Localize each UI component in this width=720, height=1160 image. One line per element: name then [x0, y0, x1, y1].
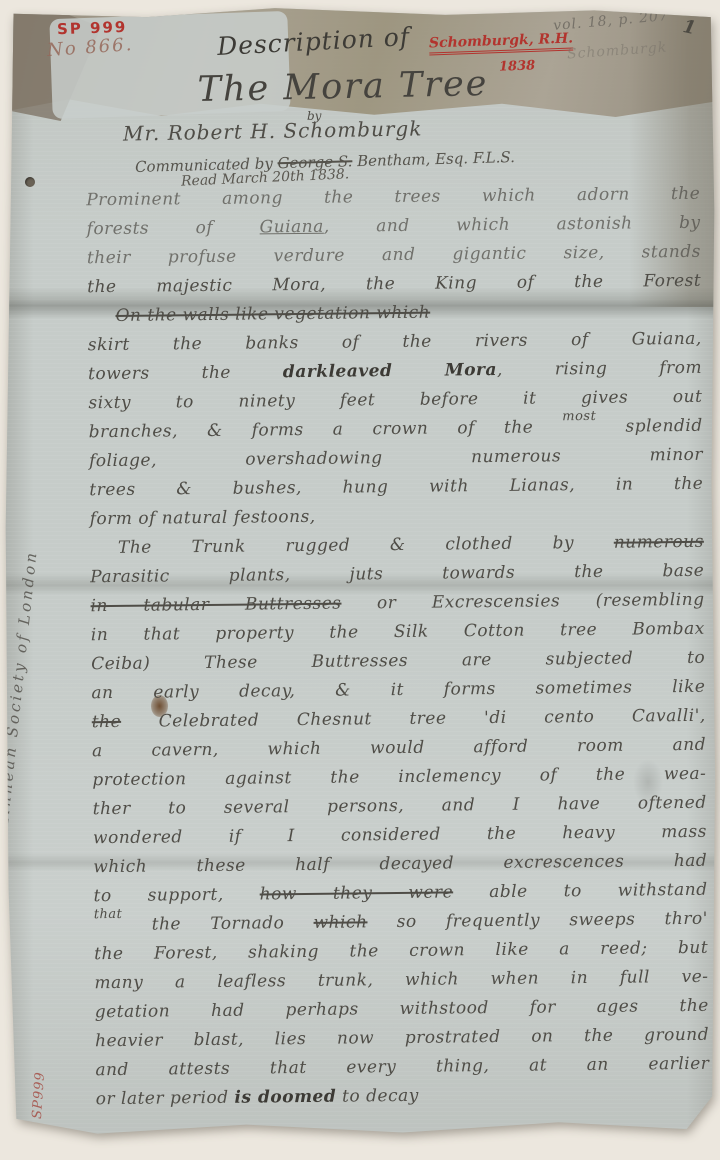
manuscript-text-segment: the Forest, shaking the crown like a ree… [94, 938, 708, 964]
manuscript-text-segment: which these half decayed excrescences ha… [93, 851, 707, 877]
body-text: Prominent among the trees which adorn th… [86, 180, 710, 1114]
manuscript-text-segment: , and which astonish by [324, 213, 701, 237]
manuscript-text-segment: On the walls like vegetation which [115, 303, 430, 326]
manuscript-text-segment: The Trunk rugged & clothed by [118, 533, 614, 558]
manuscript-text-segment: that [94, 900, 123, 929]
manuscript-text-segment: foliage, overshadowing numerous minor [89, 445, 703, 471]
manuscript-text-segment: getation had perhaps withstood for ages … [95, 996, 709, 1022]
manuscript-text-segment: towers the [88, 362, 283, 384]
manuscript-text-segment: Parasitic plants, juts towards the base [90, 561, 704, 587]
manuscript-text-segment: in that property the Silk Cotton tree Bo… [91, 619, 705, 645]
manuscript-page: SP 999 No 866. Schomburgk, R.H. 1838 vol… [5, 7, 715, 1137]
manuscript-text-segment: and attests that every thing, at an earl… [95, 1054, 709, 1080]
manuscript-text-segment: numerous [614, 532, 704, 553]
manuscript-text-segment: heavier blast, lies now prostrated on th… [95, 1025, 709, 1051]
manuscript-text-segment: skirt the banks of the rivers of Guiana, [88, 329, 702, 355]
manuscript-line: or later period is doomed to decay [96, 1079, 710, 1114]
manuscript-text-segment: many a leafless trunk, which when in ful… [94, 967, 708, 993]
manuscript-text-segment: darkleaved Mora [283, 360, 497, 382]
manuscript-text-segment: the [92, 712, 122, 732]
margin-note-linnean-society: For the Linnean Society of London [0, 298, 67, 912]
paper-wrapper: SP 999 No 866. Schomburgk, R.H. 1838 vol… [0, 0, 720, 1160]
manuscript-text-segment: to decay [336, 1086, 419, 1107]
manuscript-text-segment: ther to several persons, and I have ofte… [93, 793, 707, 819]
manuscript-text-segment: the Tornado [122, 913, 313, 935]
manuscript-text-segment: wondered if I considered the heavy mass [93, 822, 707, 848]
manuscript-text-segment: the majestic Mora, the King of the Fores… [87, 271, 701, 297]
manuscript-text-segment: is doomed [234, 1087, 336, 1108]
manuscript-text-segment: Celebrated Chesnut tree 'di cento Cavall… [121, 706, 706, 732]
manuscript-text-segment: Prominent among the trees which adorn th… [86, 184, 700, 210]
manuscript-text-segment: trees & bushes, hung with Lianas, in the [89, 474, 703, 500]
bottom-shelfmark: SP999 [30, 1029, 51, 1120]
manuscript-text-segment: protection against the inclemency of the… [92, 764, 706, 790]
manuscript-text-segment: able to withstand [453, 880, 708, 903]
manuscript-text-segment: sixty to ninety feet before it gives out [88, 387, 702, 413]
manuscript-text-segment: Ceiba) These Buttresses are subjected to [91, 648, 705, 674]
manuscript-text-segment: most [562, 402, 596, 431]
document-title: The Mora Tree [153, 63, 534, 111]
manuscript-text-segment: so frequently sweeps thro' [367, 909, 708, 933]
manuscript-text-segment: , rising from [497, 358, 702, 380]
punch-hole [25, 177, 35, 187]
manuscript-text-segment: splendid [596, 416, 703, 437]
manuscript-text-segment: their profuse verdure and gigantic size,… [87, 242, 701, 268]
communicated-suffix: Bentham, Esq. F.L.S. [352, 148, 515, 170]
manuscript-text-segment: form of natural festoons, [90, 507, 316, 529]
manuscript-text-segment: branches, & forms a crown of the [89, 417, 563, 442]
manuscript-text-segment: or Excrescensies (resembling [341, 590, 704, 614]
manuscript-text-segment: or later period [96, 1088, 235, 1109]
manuscript-text-segment: forests of [87, 217, 260, 239]
manuscript-text-segment: a cavern, which would afford room and [92, 735, 706, 761]
manuscript-text-segment: in tabular Buttresses [90, 594, 341, 617]
manuscript-photo: SP 999 No 866. Schomburgk, R.H. 1838 vol… [0, 0, 720, 1160]
manuscript-text-segment: how they were [260, 882, 454, 904]
author-line: Mr. Robert H. Schomburgk [123, 116, 423, 145]
manuscript-text-segment: an early decay, & it forms sometimes lik… [91, 677, 705, 703]
manuscript-text-segment: Guiana [260, 217, 324, 238]
manuscript-text-segment: which [313, 912, 367, 933]
